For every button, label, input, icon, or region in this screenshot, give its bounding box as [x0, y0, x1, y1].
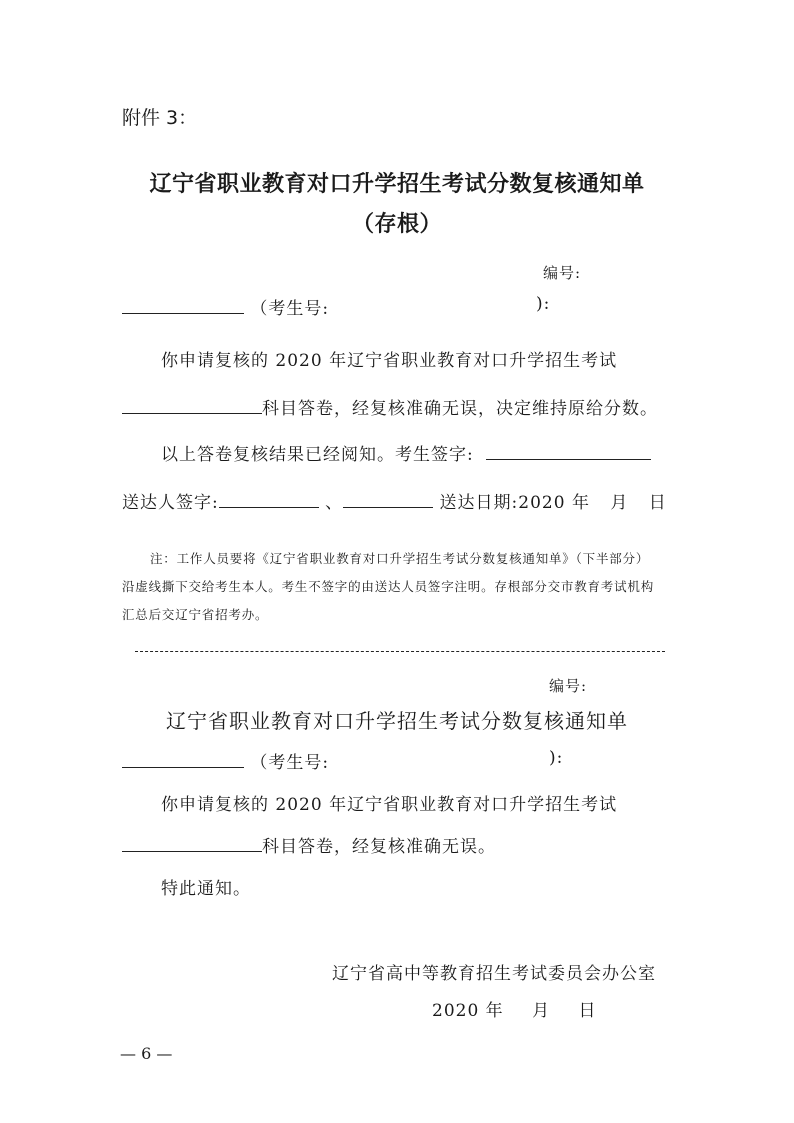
stub-ack-line: 以上答卷复核结果已经阅知。考生签字: — [161, 440, 651, 465]
notice-candidate-line: （考生号: — [122, 748, 329, 773]
note-line-3: 汇总后交辽宁省招考办。 — [122, 605, 268, 623]
notice-date-month: 月 — [532, 1001, 550, 1021]
delivery-day: 日 — [649, 493, 667, 513]
note-line-1: 注：工作人员要将《辽宁省职业教育对口升学招生考试分数复核通知单》（下半部分） — [150, 549, 649, 567]
deliverer-signature-blank-1[interactable] — [219, 506, 319, 508]
stub-name-blank[interactable] — [122, 312, 244, 314]
note-line-2: 沿虚线撕下交给考生本人。考生不签字的由送达人员签字注明。存根部分交市教育考试机构 — [122, 577, 654, 595]
notice-title: 辽宁省职业教育对口升学招生考试分数复核通知单 — [0, 705, 794, 734]
stub-title: 辽宁省职业教育对口升学招生考试分数复核通知单 — [0, 167, 794, 198]
candidate-signature-blank[interactable] — [486, 458, 651, 460]
stub-para1: 你申请复核的 2020 年辽宁省职业教育对口升学招生考试 — [161, 346, 617, 371]
delivery-date-label: 送达日期:2020 年 — [440, 493, 590, 513]
stub-para2-suffix: 科目答卷，经复核准确无误，决定维持原给分数。 — [262, 399, 658, 419]
delivery-month: 月 — [610, 493, 628, 513]
stub-ack-text: 以上答卷复核结果已经阅知。考生签字: — [161, 445, 474, 465]
attachment-label: 附件 3： — [122, 103, 197, 130]
stub-candidate-no-open: （考生号: — [250, 299, 329, 319]
stub-candidate-no-close: ): — [536, 294, 550, 314]
stub-subject-blank[interactable] — [122, 412, 262, 414]
notice-closing: 特此通知。 — [161, 874, 251, 899]
stub-delivery-line: 送达人签字: 、 送达日期:2020 年 月 日 — [122, 488, 667, 513]
notice-candidate-no-open: （考生号: — [250, 753, 329, 773]
deliverer-signature-blank-2[interactable] — [343, 506, 433, 508]
tear-line — [135, 651, 665, 652]
notice-candidate-no-close: ): — [549, 748, 563, 768]
notice-para1: 你申请复核的 2020 年辽宁省职业教育对口升学招生考试 — [161, 790, 617, 815]
notice-name-blank[interactable] — [122, 766, 244, 768]
page-number: — 6 — — [120, 1044, 172, 1063]
stub-para2: 科目答卷，经复核准确无误，决定维持原给分数。 — [122, 394, 658, 419]
notice-subject-blank[interactable] — [122, 850, 262, 852]
notice-serial-label: 编号: — [549, 675, 587, 696]
notice-date-year: 2020 年 — [432, 1001, 504, 1021]
notice-para2-suffix: 科目答卷，经复核准确无误。 — [262, 837, 496, 857]
notice-date: 2020 年 月 日 — [432, 996, 596, 1021]
deliverer-separator: 、 — [325, 493, 343, 513]
notice-para2: 科目答卷，经复核准确无误。 — [122, 832, 496, 857]
notice-date-day: 日 — [578, 1001, 596, 1021]
stub-serial-label: 编号: — [543, 262, 581, 283]
issuer: 辽宁省高中等教育招生考试委员会办公室 — [332, 959, 656, 984]
stub-candidate-line: （考生号: — [122, 294, 329, 319]
stub-subtitle: （存根） — [0, 207, 794, 238]
deliverer-label: 送达人签字: — [122, 493, 219, 513]
